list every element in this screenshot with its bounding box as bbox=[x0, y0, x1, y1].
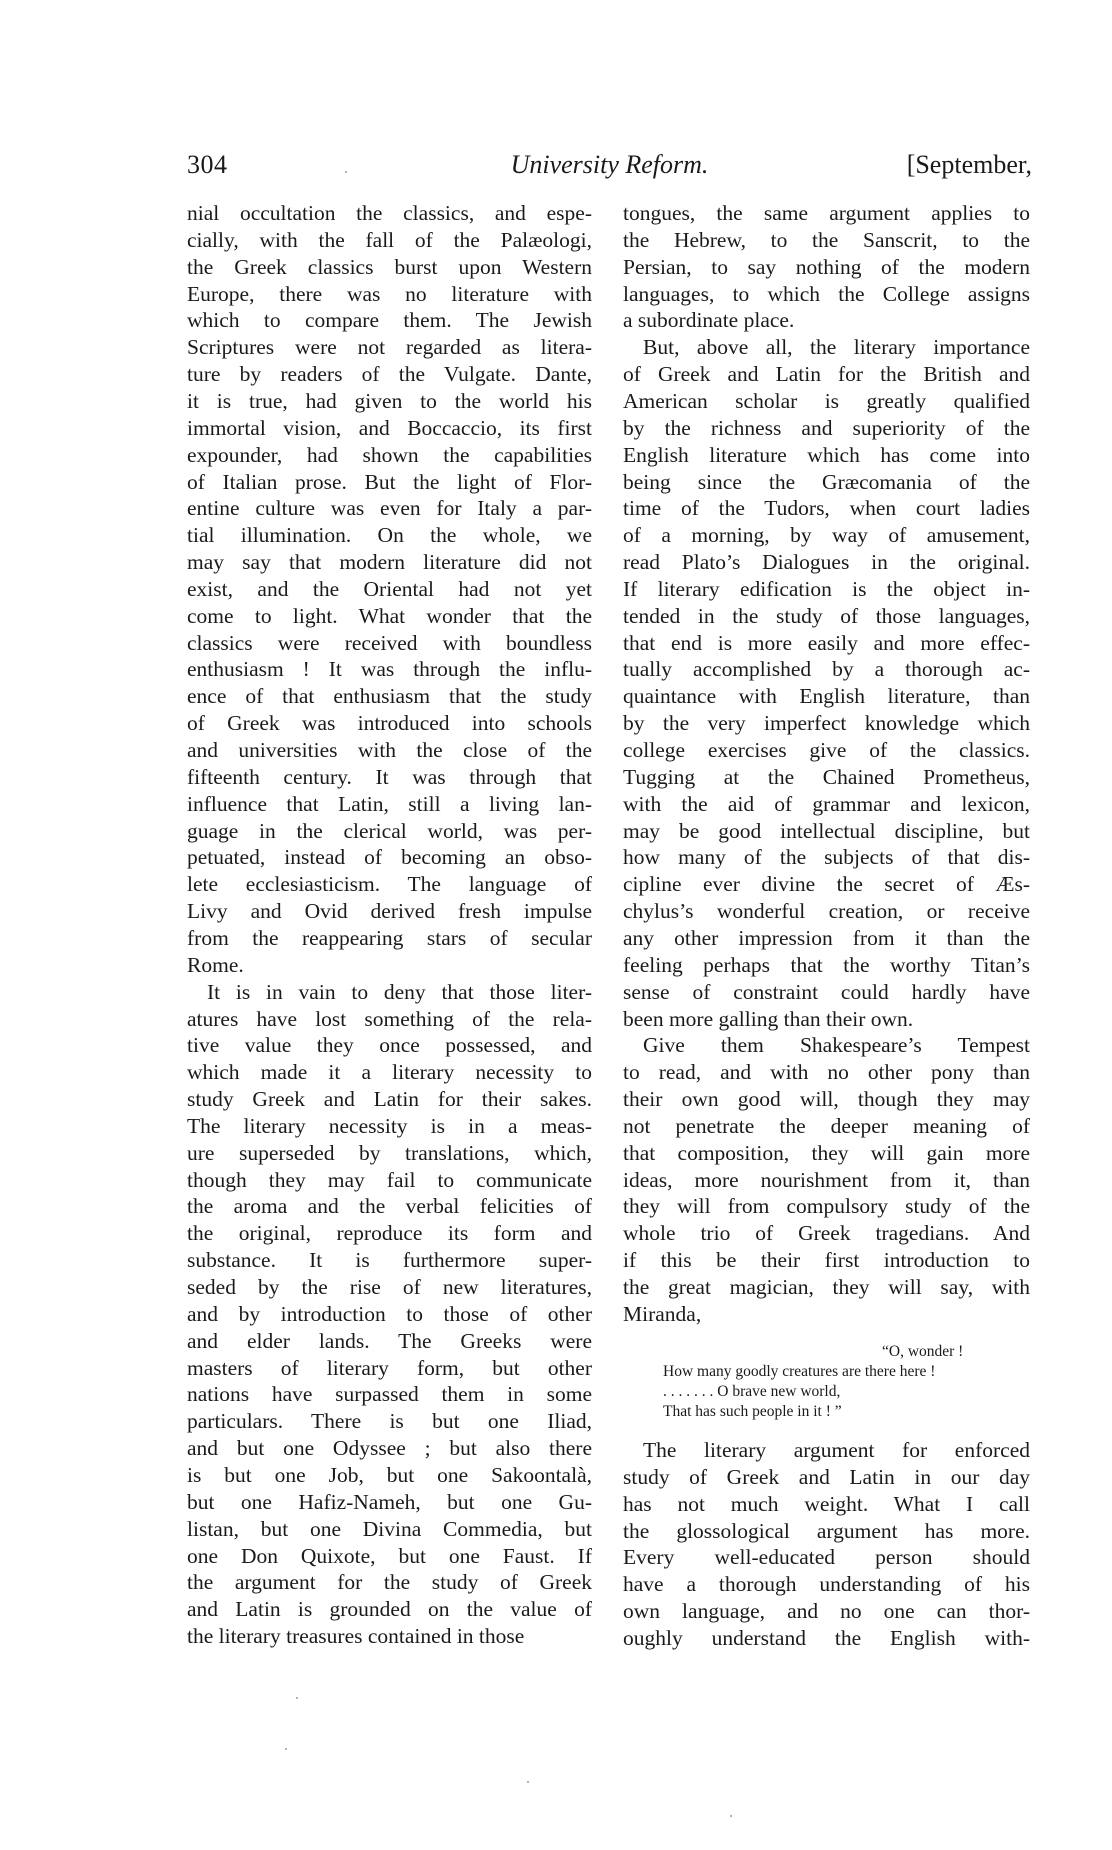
text-line: not penetrate the deeper meaning of bbox=[623, 1113, 1030, 1140]
text-line: ideas, more nourishment from it, than bbox=[623, 1167, 1030, 1194]
text-line: seded by the rise of new literatures, bbox=[187, 1274, 592, 1301]
text-line: Persian, to say nothing of the modern bbox=[623, 254, 1030, 281]
text-line: read Plato’s Dialogues in the original. bbox=[623, 549, 1030, 576]
text-line: the glossological argument has more. bbox=[623, 1518, 1030, 1545]
text-line: Every well-educated person should bbox=[623, 1544, 1030, 1571]
paper-speck bbox=[730, 1815, 732, 1817]
text-line: is but one Job, but one Sakoontalà, bbox=[187, 1462, 592, 1489]
text-line: Europe, there was no literature with bbox=[187, 281, 592, 308]
text-line: languages, to which the College assigns bbox=[623, 281, 1030, 308]
text-line: listan, but one Divina Commedia, but bbox=[187, 1516, 592, 1543]
paper-speck bbox=[296, 1697, 298, 1699]
text-line: American scholar is greatly qualified bbox=[623, 388, 1030, 415]
text-line: guage in the clerical world, was per- bbox=[187, 818, 592, 845]
text-line: but one Hafiz-Nameh, but one Gu- bbox=[187, 1489, 592, 1516]
text-line: masters of literary form, but other bbox=[187, 1355, 592, 1382]
running-header: 304 University Reform. [September, bbox=[187, 150, 1032, 186]
text-line: a subordinate place. bbox=[623, 307, 1030, 334]
text-line: tive value they once possessed, and bbox=[187, 1032, 592, 1059]
text-line: study of Greek and Latin in our day bbox=[623, 1464, 1030, 1491]
text-line: Rome. bbox=[187, 952, 592, 979]
text-line: have a thorough understanding of his bbox=[623, 1571, 1030, 1598]
paper-speck bbox=[527, 1781, 529, 1783]
text-line: substance. It is furthermore super- bbox=[187, 1247, 592, 1274]
text-line: own language, and no one can thor- bbox=[623, 1598, 1030, 1625]
text-line: from the reappearing stars of secular bbox=[187, 925, 592, 952]
text-line: exist, and the Oriental had not yet bbox=[187, 576, 592, 603]
paper-speck bbox=[285, 1748, 287, 1750]
text-line: nations have surpassed them in some bbox=[187, 1381, 592, 1408]
text-line: if this be their first introduction to bbox=[623, 1247, 1030, 1274]
text-line: the argument for the study of Greek bbox=[187, 1569, 592, 1596]
text-line: of Italian prose. But the light of Flor- bbox=[187, 469, 592, 496]
text-line: Give them Shakespeare’s Tempest bbox=[623, 1032, 1030, 1059]
text-line: fifteenth century. It was through that bbox=[187, 764, 592, 791]
text-line: tually accomplished by a thorough ac- bbox=[623, 656, 1030, 683]
text-line: college exercises give of the classics. bbox=[623, 737, 1030, 764]
text-line: Tugging at the Chained Prometheus, bbox=[623, 764, 1030, 791]
text-line: that end is more easily and more effec- bbox=[623, 630, 1030, 657]
text-line: may say that modern literature did not bbox=[187, 549, 592, 576]
text-line: has not much weight. What I call bbox=[623, 1491, 1030, 1518]
quote-line-4: That has such people in it ! ” bbox=[663, 1402, 842, 1422]
text-line: and elder lands. The Greeks were bbox=[187, 1328, 592, 1355]
text-line: it is true, had given to the world his bbox=[187, 388, 592, 415]
text-line: may be good intellectual discipline, but bbox=[623, 818, 1030, 845]
text-line: they will from compulsory study of the bbox=[623, 1193, 1030, 1220]
text-line: their own good will, though they may bbox=[623, 1086, 1030, 1113]
text-line: of a morning, by way of amusement, bbox=[623, 522, 1030, 549]
text-line: The literary necessity is in a meas- bbox=[187, 1113, 592, 1140]
text-line: particulars. There is but one Iliad, bbox=[187, 1408, 592, 1435]
text-line: atures have lost something of the rela- bbox=[187, 1006, 592, 1033]
text-line: influence that Latin, still a living lan… bbox=[187, 791, 592, 818]
text-line: tended in the study of those languages, bbox=[623, 603, 1030, 630]
text-line: come to light. What wonder that the bbox=[187, 603, 592, 630]
text-line: been more galling than their own. bbox=[623, 1006, 1030, 1033]
text-line: which to compare them. The Jewish bbox=[187, 307, 592, 334]
text-line: chylus’s wonderful creation, or receive bbox=[623, 898, 1030, 925]
text-line: The literary argument for enforced bbox=[623, 1437, 1030, 1464]
text-line: how many of the subjects of that dis- bbox=[623, 844, 1030, 871]
text-line: which made it a literary necessity to bbox=[187, 1059, 592, 1086]
text-line: cipline ever divine the secret of Æs- bbox=[623, 871, 1030, 898]
text-line: expounder, had shown the capabilities bbox=[187, 442, 592, 469]
text-line: petuated, instead of becoming an obso- bbox=[187, 844, 592, 871]
text-line: of Greek was introduced into schools bbox=[187, 710, 592, 737]
text-line: nial occultation the classics, and espe- bbox=[187, 200, 592, 227]
text-line: with the aid of grammar and lexicon, bbox=[623, 791, 1030, 818]
text-line: lete ecclesiasticism. The language of bbox=[187, 871, 592, 898]
text-line: ure superseded by translations, which, bbox=[187, 1140, 592, 1167]
text-line: and Latin is grounded on the value of bbox=[187, 1596, 592, 1623]
text-line: Miranda, bbox=[623, 1301, 1030, 1328]
text-line: to read, and with no other pony than bbox=[623, 1059, 1030, 1086]
text-line: English literature which has come into bbox=[623, 442, 1030, 469]
text-line: and by introduction to those of other bbox=[187, 1301, 592, 1328]
text-line: that composition, they will gain more bbox=[623, 1140, 1030, 1167]
text-line: whole trio of Greek tragedians. And bbox=[623, 1220, 1030, 1247]
text-line: tial illumination. On the whole, we bbox=[187, 522, 592, 549]
text-line: entine culture was even for Italy a par- bbox=[187, 495, 592, 522]
running-title: University Reform. bbox=[187, 150, 1032, 180]
text-line: the aroma and the verbal felicities of bbox=[187, 1193, 592, 1220]
quote-line-2: How many goodly creatures are there here… bbox=[663, 1362, 935, 1382]
text-line: study Greek and Latin for their sakes. bbox=[187, 1086, 592, 1113]
text-line: one Don Quixote, but one Faust. If bbox=[187, 1543, 592, 1570]
journal-page: 304 University Reform. [September, nial … bbox=[0, 0, 1112, 1850]
text-line: Livy and Ovid derived fresh impulse bbox=[187, 898, 592, 925]
text-line: of Greek and Latin for the British and bbox=[623, 361, 1030, 388]
text-line: classics were received with boundless bbox=[187, 630, 592, 657]
text-line: any other impression from it than the bbox=[623, 925, 1030, 952]
text-line: enthusiasm ! It was through the influ- bbox=[187, 656, 592, 683]
text-line: and universities with the close of the bbox=[187, 737, 592, 764]
paper-speck bbox=[345, 171, 347, 173]
text-line: If literary edification is the object in… bbox=[623, 576, 1030, 603]
text-line: the great magician, they will say, with bbox=[623, 1274, 1030, 1301]
text-line: the Hebrew, to the Sanscrit, to the bbox=[623, 227, 1030, 254]
text-line: immortal vision, and Boccaccio, its firs… bbox=[187, 415, 592, 442]
text-line: time of the Tudors, when court ladies bbox=[623, 495, 1030, 522]
text-line: oughly understand the English with- bbox=[623, 1625, 1030, 1652]
text-line: being since the Græcomania of the bbox=[623, 469, 1030, 496]
text-line: the original, reproduce its form and bbox=[187, 1220, 592, 1247]
quote-line-3: . . . . . . . O brave new world, bbox=[663, 1382, 840, 1402]
text-line: by the very imperfect knowledge which bbox=[623, 710, 1030, 737]
text-line: tongues, the same argument applies to bbox=[623, 200, 1030, 227]
text-line: though they may fail to communicate bbox=[187, 1167, 592, 1194]
text-line: Scriptures were not regarded as litera- bbox=[187, 334, 592, 361]
text-line: cially, with the fall of the Palæologi, bbox=[187, 227, 592, 254]
text-line: and but one Odyssee ; but also there bbox=[187, 1435, 592, 1462]
text-line: But, above all, the literary importance bbox=[623, 334, 1030, 361]
text-line: It is in vain to deny that those liter- bbox=[187, 979, 592, 1006]
quote-line-1: “O, wonder ! bbox=[882, 1342, 963, 1362]
text-line: the Greek classics burst upon Western bbox=[187, 254, 592, 281]
running-date: [September, bbox=[907, 150, 1032, 180]
text-line: quaintance with English literature, than bbox=[623, 683, 1030, 710]
text-line: feeling perhaps that the worthy Titan’s bbox=[623, 952, 1030, 979]
text-line: ture by readers of the Vulgate. Dante, bbox=[187, 361, 592, 388]
text-line: ence of that enthusiasm that the study bbox=[187, 683, 592, 710]
text-line: sense of constraint could hardly have bbox=[623, 979, 1030, 1006]
text-line: by the richness and superiority of the bbox=[623, 415, 1030, 442]
text-line: the literary treasures contained in thos… bbox=[187, 1623, 592, 1650]
